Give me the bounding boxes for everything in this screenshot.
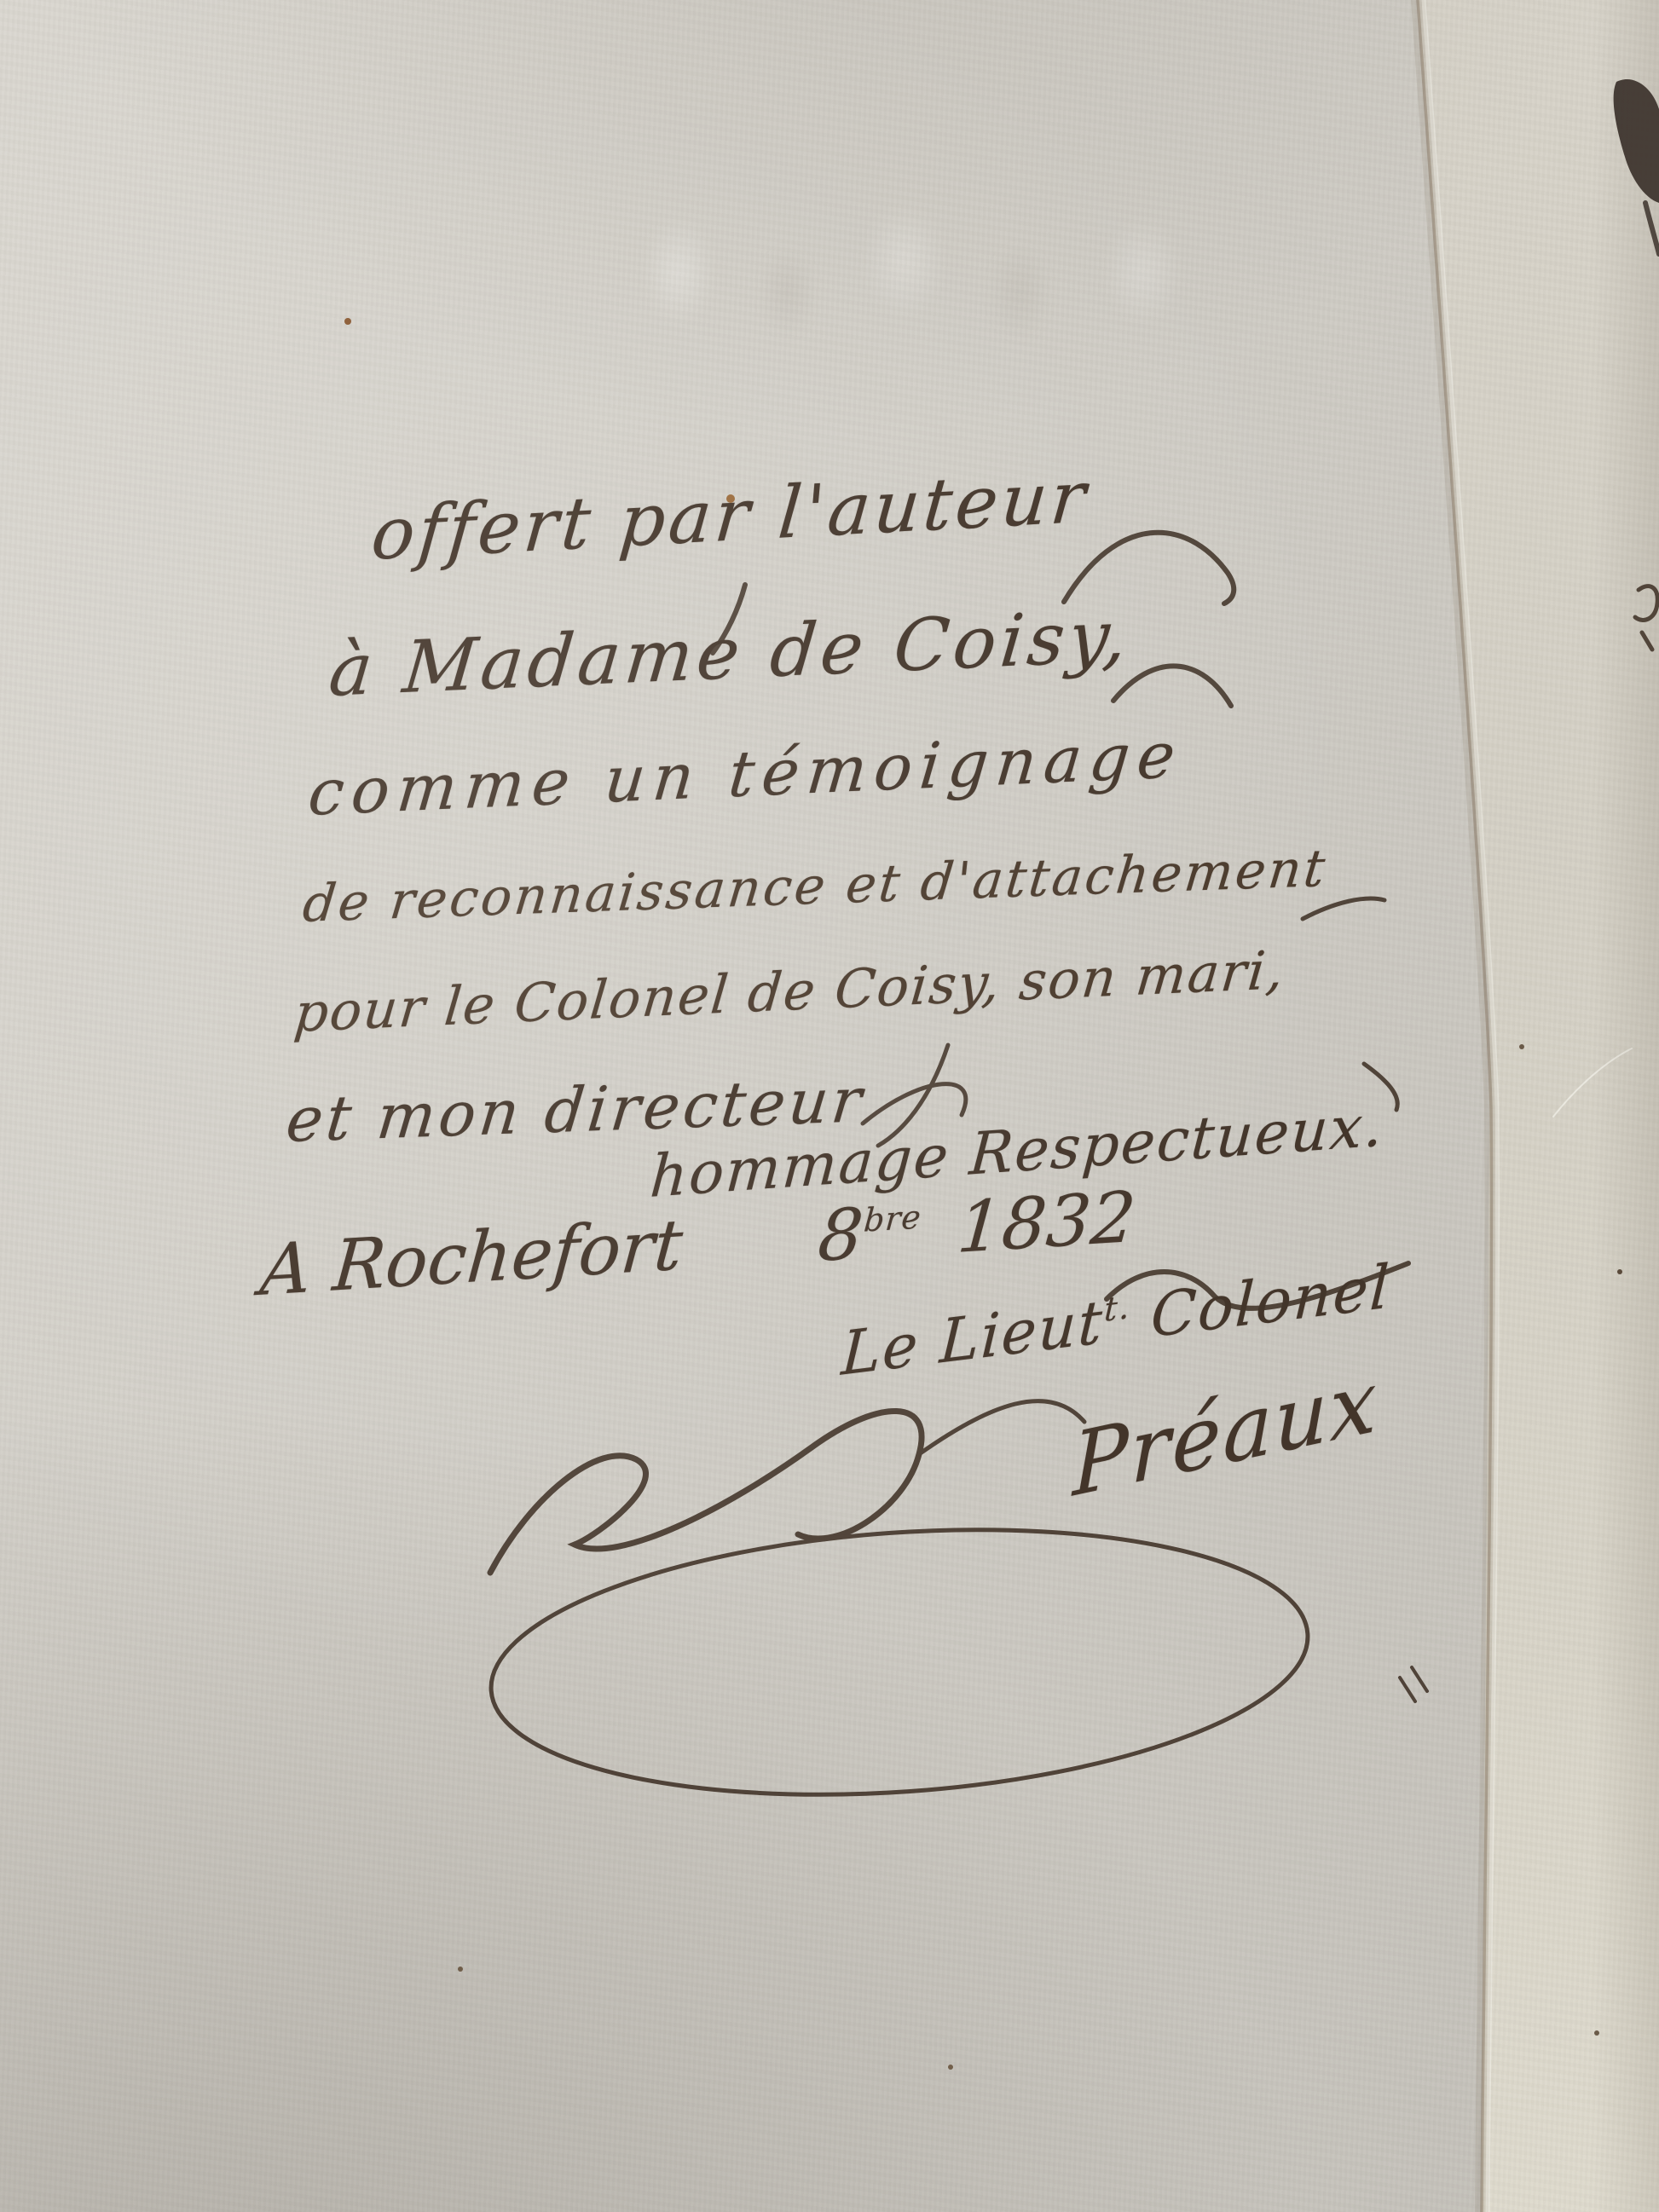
- line5-comma-swash: [1364, 1064, 1397, 1110]
- photographed-manuscript-page: offert par l'auteur à Madame de Coisy, c…: [0, 0, 1659, 2212]
- crease-hatch-mark: [1400, 1667, 1427, 1701]
- date-swash: [1107, 1263, 1408, 1308]
- line1-swash: [1064, 533, 1234, 604]
- line4-swash: [1303, 898, 1384, 919]
- signature-initial-link: [919, 1401, 1084, 1454]
- paper-speck: [458, 1967, 463, 1972]
- line6-swash: [863, 1084, 966, 1123]
- par-comma-stroke: [713, 585, 745, 653]
- signature-oval-flourish: [483, 1505, 1317, 1820]
- corner-ink-tail: [1645, 203, 1659, 254]
- paper-specks: [344, 318, 1622, 2070]
- ink-flourishes-overlay: [0, 0, 1659, 2212]
- scratch-highlight: [1553, 1048, 1632, 1117]
- paper-speck: [726, 494, 735, 503]
- paper-speck: [1617, 1269, 1622, 1274]
- corner-ink-blob: [1614, 79, 1659, 203]
- paper-speck: [1519, 1044, 1524, 1049]
- line2-swash: [1113, 666, 1231, 706]
- paper-speck: [948, 2065, 953, 2070]
- signature-initial-flourish: [490, 1411, 922, 1573]
- edge-ink-mark: [1635, 586, 1657, 650]
- coisy-descender-stroke: [878, 1045, 948, 1146]
- paper-speck: [344, 318, 351, 325]
- page-crease-shadow: [1418, 0, 1492, 2212]
- paper-speck: [1594, 2030, 1599, 2036]
